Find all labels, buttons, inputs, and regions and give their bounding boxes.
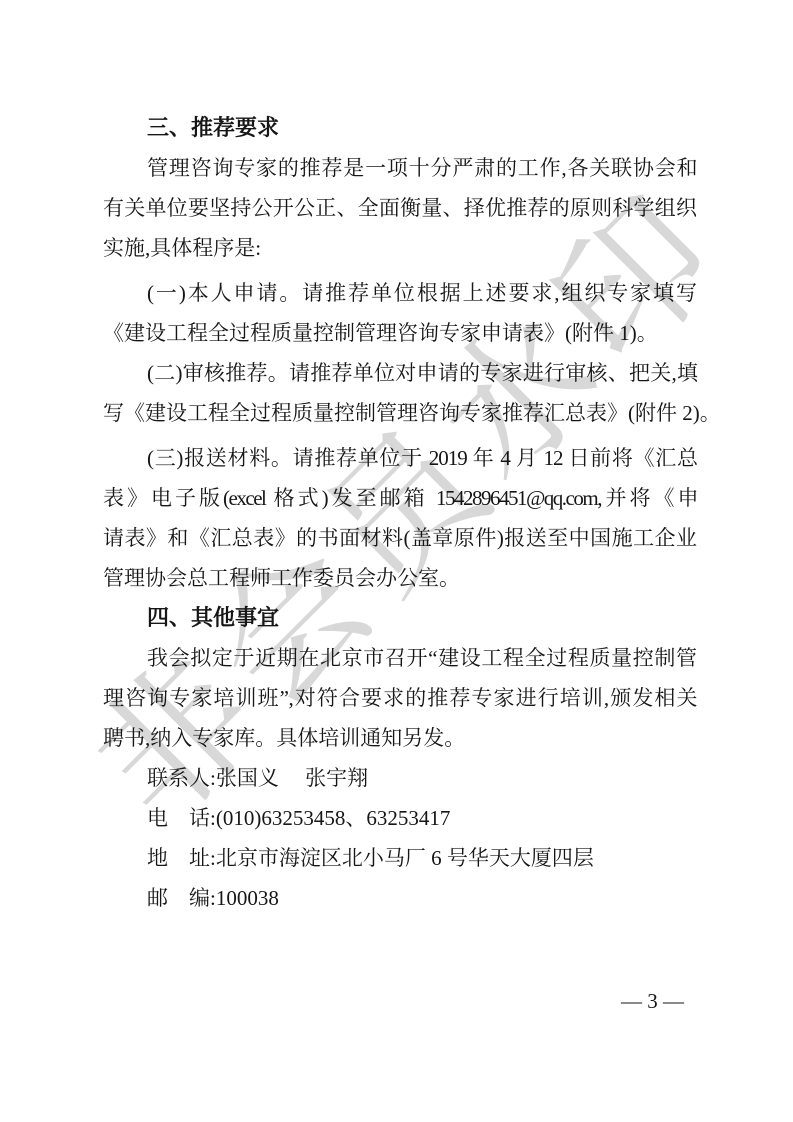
document-page: 非会员水印 三、推荐要求 管理咨询专家的推荐是一项十分严肃的工作,各关联协会和 … — [0, 0, 793, 1122]
paragraph-line: 表》电子版(excel 格式)发至邮箱 1542896451@qq.com,并将… — [103, 478, 697, 518]
paragraph-line: 实施,具体程序是: — [103, 228, 697, 268]
heading-section-3: 三、推荐要求 — [103, 108, 697, 148]
paragraph-line: 请表》和《汇总表》的书面材料(盖章原件)报送至中国施工企业 — [103, 518, 697, 558]
contact-phone-line: 电 话:(010)63253458、63253417 — [103, 798, 697, 838]
paragraph-line: 管理咨询专家的推荐是一项十分严肃的工作,各关联协会和 — [103, 148, 697, 188]
contact-person-line: 联系人:张国义 张宇翔 — [103, 758, 697, 798]
paragraph-line: 我会拟定于近期在北京市召开“建设工程全过程质量控制管 — [103, 638, 697, 678]
page-number: — 3 — — [621, 981, 684, 1021]
heading-section-4: 四、其他事宜 — [103, 598, 697, 638]
paragraph-line: (二)审核推荐。请推荐单位对申请的专家进行审核、把关,填 — [103, 353, 697, 393]
paragraph-line: 管理协会总工程师工作委员会办公室。 — [103, 558, 697, 598]
paragraph-line: 《建设工程全过程质量控制管理咨询专家申请表》(附件 1)。 — [103, 313, 697, 353]
contact-postcode-line: 邮 编:100038 — [103, 878, 697, 918]
contact-address-line: 地 址:北京市海淀区北小马厂 6 号华天大厦四层 — [103, 838, 697, 878]
paragraph-line: 有关单位要坚持公开公正、全面衡量、择优推荐的原则科学组织 — [103, 188, 697, 228]
paragraph-line: 写《建设工程全过程质量控制管理咨询专家推荐汇总表》(附件 2)。 — [103, 393, 697, 433]
paragraph-line: 聘书,纳入专家库。具体培训通知另发。 — [103, 718, 697, 758]
paragraph-line: (一)本人申请。请推荐单位根据上述要求,组织专家填写 — [103, 273, 697, 313]
document-content: 三、推荐要求 管理咨询专家的推荐是一项十分严肃的工作,各关联协会和 有关单位要坚… — [103, 108, 697, 918]
paragraph-line: (三)报送材料。请推荐单位于 2019 年 4 月 12 日前将《汇总 — [103, 438, 697, 478]
paragraph-line: 理咨询专家培训班”,对符合要求的推荐专家进行培训,颁发相关 — [103, 678, 697, 718]
